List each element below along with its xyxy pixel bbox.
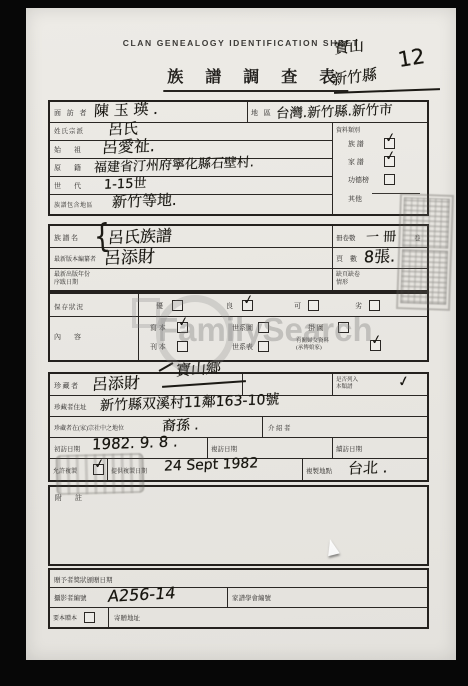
- interviewer-label: 面 訪 者: [54, 108, 89, 118]
- content-option-label: 世系表: [232, 342, 253, 352]
- section-basic-info: 面 訪 者 陳 玉 瑛 . 地 區 台灣.新竹縣.新竹市 姓氏宗派 呂氏 始 祖…: [48, 100, 429, 216]
- publication-label: 最新出版年份 序跋日期: [54, 272, 90, 287]
- society-number-label: 家譜學會編號: [232, 593, 271, 602]
- material-type-label: 資料類別: [336, 125, 360, 134]
- scanned-document: CLAN GENEALOGY IDENTIFICATION SHEET 族 譜 …: [0, 0, 468, 686]
- form-title: 族 譜 調 查 表: [163, 64, 348, 92]
- content-checkbox-lineage-table: [258, 341, 269, 352]
- women-data-label-line1: 有關婦女資料: [296, 338, 329, 344]
- material-checkbox-family-record: ✓: [384, 156, 395, 167]
- listed-check-mark: ✓: [396, 373, 411, 391]
- copy-place-label: 複製地點: [306, 466, 332, 475]
- condition-option-label: 劣: [355, 301, 362, 311]
- missing-pages-label: 缺頁缺卷 情形: [336, 272, 360, 287]
- familysearch-logo-circle: [156, 295, 234, 373]
- material-option-label: 族 譜: [348, 139, 364, 149]
- material-option-label: 功德榜: [348, 175, 369, 185]
- condition-checkbox-poor: [369, 300, 380, 311]
- annotation-number: 12: [396, 44, 426, 72]
- women-data-label-line2: (承傳娘家): [296, 345, 322, 351]
- copy-request-label: 要本贈本: [53, 613, 77, 622]
- generations-label: 世 代: [54, 181, 84, 191]
- content-option-label: 世系圖: [232, 323, 253, 333]
- volumes-label: 冊卷數: [336, 233, 356, 242]
- second-visit-label: 複訪日期: [211, 444, 237, 453]
- missing-pages-label-line2: 情形: [336, 280, 348, 286]
- check-mark-icon: ✓: [384, 148, 397, 165]
- material-option-label: 家 譜: [348, 157, 364, 167]
- first-visit-value: 1982. 9. 8 .: [92, 432, 179, 453]
- illegible-seal-stamp-left: [55, 453, 144, 495]
- followup-visit-label: 續訪日期: [336, 444, 362, 453]
- surname-label: 姓氏宗派: [54, 126, 84, 135]
- content-women-data-label: 有關婦女資料 (承傳娘家): [296, 338, 329, 351]
- missing-pages-label-line1: 缺頁缺卷: [336, 272, 360, 278]
- section-notes: 附 註: [48, 485, 429, 566]
- familysearch-logo-square: [132, 298, 160, 328]
- condition-checkbox-good: ✓: [242, 300, 253, 311]
- donor-award-date-label: 贈予者獎狀頒贈日期: [54, 575, 113, 584]
- publication-label-line1: 最新出版年份: [54, 272, 90, 278]
- origin-label: 原 籍: [54, 163, 84, 173]
- filmer-number-label: 攝影者編號: [54, 593, 87, 602]
- check-mark-icon: ✓: [384, 130, 397, 147]
- seal-block: [400, 249, 448, 305]
- illegible-seal-stamp-right: [396, 193, 454, 311]
- content-checkbox-lineage-chart: [258, 322, 269, 333]
- check-mark-icon: ✓: [370, 332, 383, 349]
- ancestor-label: 始 祖: [54, 145, 84, 155]
- mailing-address-label: 寄贈地址: [114, 613, 140, 622]
- areas-label: 族譜包含地區: [54, 200, 93, 209]
- areas-value: 新竹等地.: [111, 189, 177, 212]
- content-option-label: 掛 圖: [308, 323, 324, 333]
- region-label: 地 區: [251, 108, 273, 118]
- annotation-hsinchu: 新竹縣: [332, 63, 377, 90]
- annotation-baoshan: 寶山: [334, 34, 364, 58]
- form-page: CLAN GENEALOGY IDENTIFICATION SHEET 族 譜 …: [26, 8, 456, 660]
- material-checkbox-merit-board: [384, 174, 395, 185]
- section-filming-ids: 贈予者獎狀頒贈日期 攝影者編號 A256-14 家譜學會編號 要本贈本 寄贈地址: [48, 568, 429, 629]
- content-checkbox-wall-chart: [338, 322, 349, 333]
- owner-address-label: 珍藏者住址: [54, 402, 87, 411]
- compiler-label: 最新版本編纂者: [54, 254, 96, 263]
- check-mark-icon: ✓: [242, 292, 255, 309]
- genealogy-title-label: 族譜名: [54, 233, 80, 243]
- pages-value: 8張.: [363, 243, 395, 267]
- copy-date-value: 24 Sept 1982: [164, 455, 259, 474]
- handwritten-dash: [162, 380, 246, 388]
- introducer-label: 介紹者: [268, 423, 292, 432]
- section-genealogy-title: 族譜名 { 呂氏族譜 冊卷數 一 冊 卷 最新版本編纂者 呂添財 頁 數 8張.…: [48, 224, 429, 292]
- listed-label-line2: 本類譜: [336, 384, 353, 390]
- pages-label: 頁 數: [336, 254, 357, 264]
- compiler-value: 呂添財: [103, 242, 155, 269]
- condition-option-label: 良: [226, 301, 233, 311]
- listed-label: 是否列入 本類譜: [336, 377, 358, 391]
- material-option-label: 其他: [348, 194, 362, 204]
- condition-label: 保存狀況: [54, 302, 84, 311]
- seal-block: [402, 197, 450, 249]
- condition-checkbox-fair: [308, 300, 319, 311]
- content-label: 內 容: [54, 332, 84, 342]
- listed-label-line1: 是否列入: [336, 377, 358, 383]
- publication-label-line2: 序跋日期: [54, 280, 78, 286]
- region-value: 台灣.新竹縣.新竹市: [276, 98, 394, 122]
- copy-request-checkbox: [84, 612, 95, 623]
- section-condition-content: 保存狀況 優 良 ✓ 可 劣 內 容 寫 本 ✓ 世系圖 掛 圖 刊 本 世系表…: [48, 292, 429, 362]
- condition-option-label: 可: [294, 301, 301, 311]
- owner-value: 呂添財: [91, 370, 140, 395]
- filmer-number-value: A256-14: [107, 583, 177, 606]
- english-header: CLAN GENEALOGY IDENTIFICATION SHEET: [26, 38, 456, 48]
- first-visit-label: 初訪日期: [54, 444, 80, 453]
- owner-label: 珍藏者: [54, 381, 80, 391]
- annotation-underline: [334, 88, 440, 94]
- content-checkbox-women-data: ✓: [370, 340, 381, 351]
- copy-place-value: 台北 .: [347, 456, 388, 478]
- owner-position-label: 珍藏者在(家)宗社中之地位: [54, 423, 124, 432]
